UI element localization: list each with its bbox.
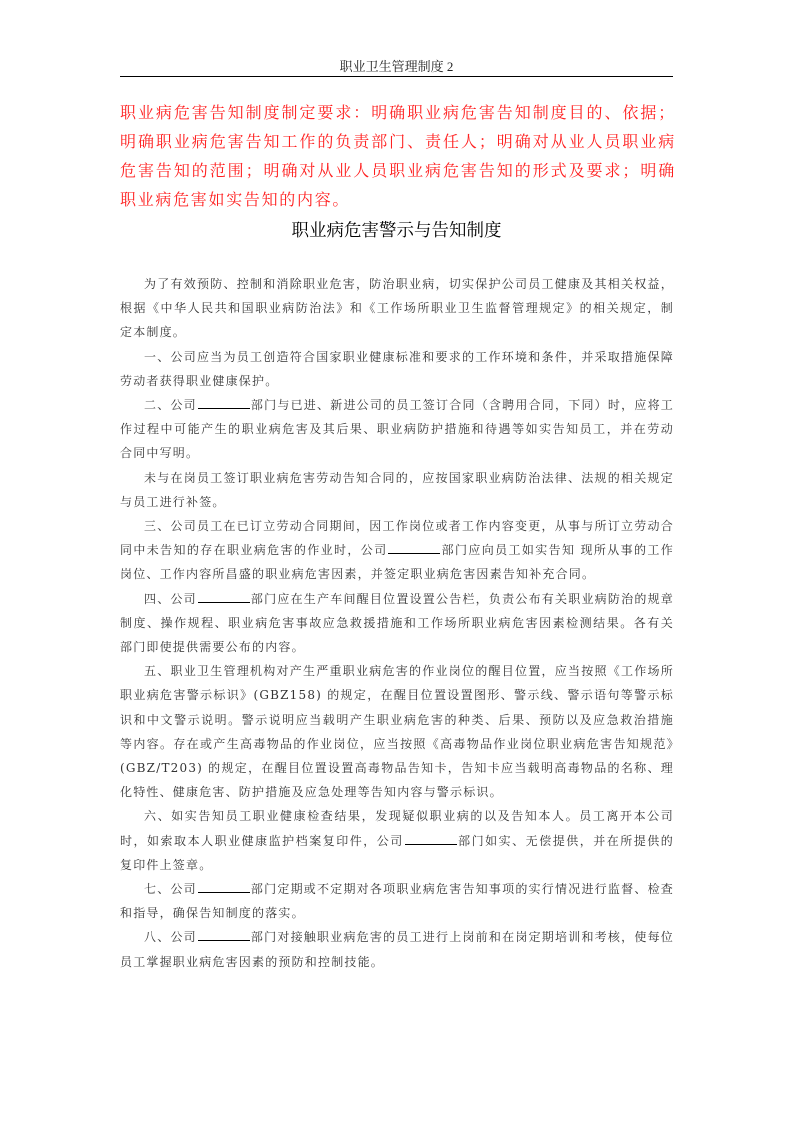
paragraph-text: 八、公司 [144,930,197,944]
department-blank[interactable] [388,541,440,554]
paragraph-text: 五、职业卫生管理机构对产生严重职业病危害的作业岗位的醒目位置，应当按照《工作场所… [120,664,674,799]
department-blank[interactable] [405,832,457,845]
department-blank[interactable] [198,880,250,893]
paragraph-text: 四、公司 [144,592,197,606]
paragraph-text: 二、公司 [144,398,197,412]
department-blank[interactable] [198,396,250,409]
department-blank[interactable] [198,928,250,941]
paragraph-3: 三、公司员工在已订立劳动合同期间，因工作岗位或者工作内容变更，从事与所订立劳动合… [120,514,674,587]
paragraph-2: 二、公司部门与已进、新进公司的员工签订合同（含聘用合同，下同）时，应将工作过程中… [120,393,674,466]
paragraph-5: 五、职业卫生管理机构对产生严重职业病危害的作业岗位的醒目位置，应当按照《工作场所… [120,659,674,804]
paragraph-intro: 为了有效预防、控制和消除职业危害，防治职业病，切实保护公司员工健康及其相关权益，… [120,272,674,345]
requirement-note: 职业病危害告知制度制定要求：明确职业病危害告知制度目的、依据；明确职业病危害告知… [120,98,676,214]
paragraph-text: 为了有效预防、控制和消除职业危害，防治职业病，切实保护公司员工健康及其相关权益，… [120,277,674,339]
paragraph-1: 一、公司应当为员工创造符合国家职业健康标准和要求的工作环境和条件，并采取措施保障… [120,345,674,393]
paragraph-text: 一、公司应当为员工创造符合国家职业健康标准和要求的工作环境和条件，并采取措施保障… [120,350,674,388]
paragraph-text: 七、公司 [144,882,197,896]
document-body: 为了有效预防、控制和消除职业危害，防治职业病，切实保护公司员工健康及其相关权益，… [120,272,674,974]
page-header: 职业卫生管理制度 2 [120,56,673,77]
paragraph-7: 七、公司部门定期或不定期对各项职业病危害告知事项的实行情况进行监督、检查和指导，… [120,877,674,925]
document-title: 职业病危害警示与告知制度 [120,216,673,246]
department-blank[interactable] [198,590,250,603]
paragraph-8: 八、公司部门对接触职业病危害的员工进行上岗前和在岗定期培训和考核，使每位员工掌握… [120,925,674,973]
document-page: 职业卫生管理制度 2 职业病危害告知制度制定要求：明确职业病危害告知制度目的、依… [0,0,793,1122]
paragraph-4: 四、公司部门应在生产车间醒目位置设置公告栏，负责公布有关职业病防治的规章制度、操… [120,587,674,660]
paragraph-text: 未与在岗员工签订职业病危害劳动告知合同的，应按国家职业病防治法律、法规的相关规定… [120,471,674,509]
header-title: 职业卫生管理制度 2 [340,59,454,74]
paragraph-6: 六、如实告知员工职业健康检查结果，发现疑似职业病的以及告知本人。员工离开本公司时… [120,804,674,877]
paragraph-2-supplement: 未与在岗员工签订职业病危害劳动告知合同的，应按国家职业病防治法律、法规的相关规定… [120,466,674,514]
